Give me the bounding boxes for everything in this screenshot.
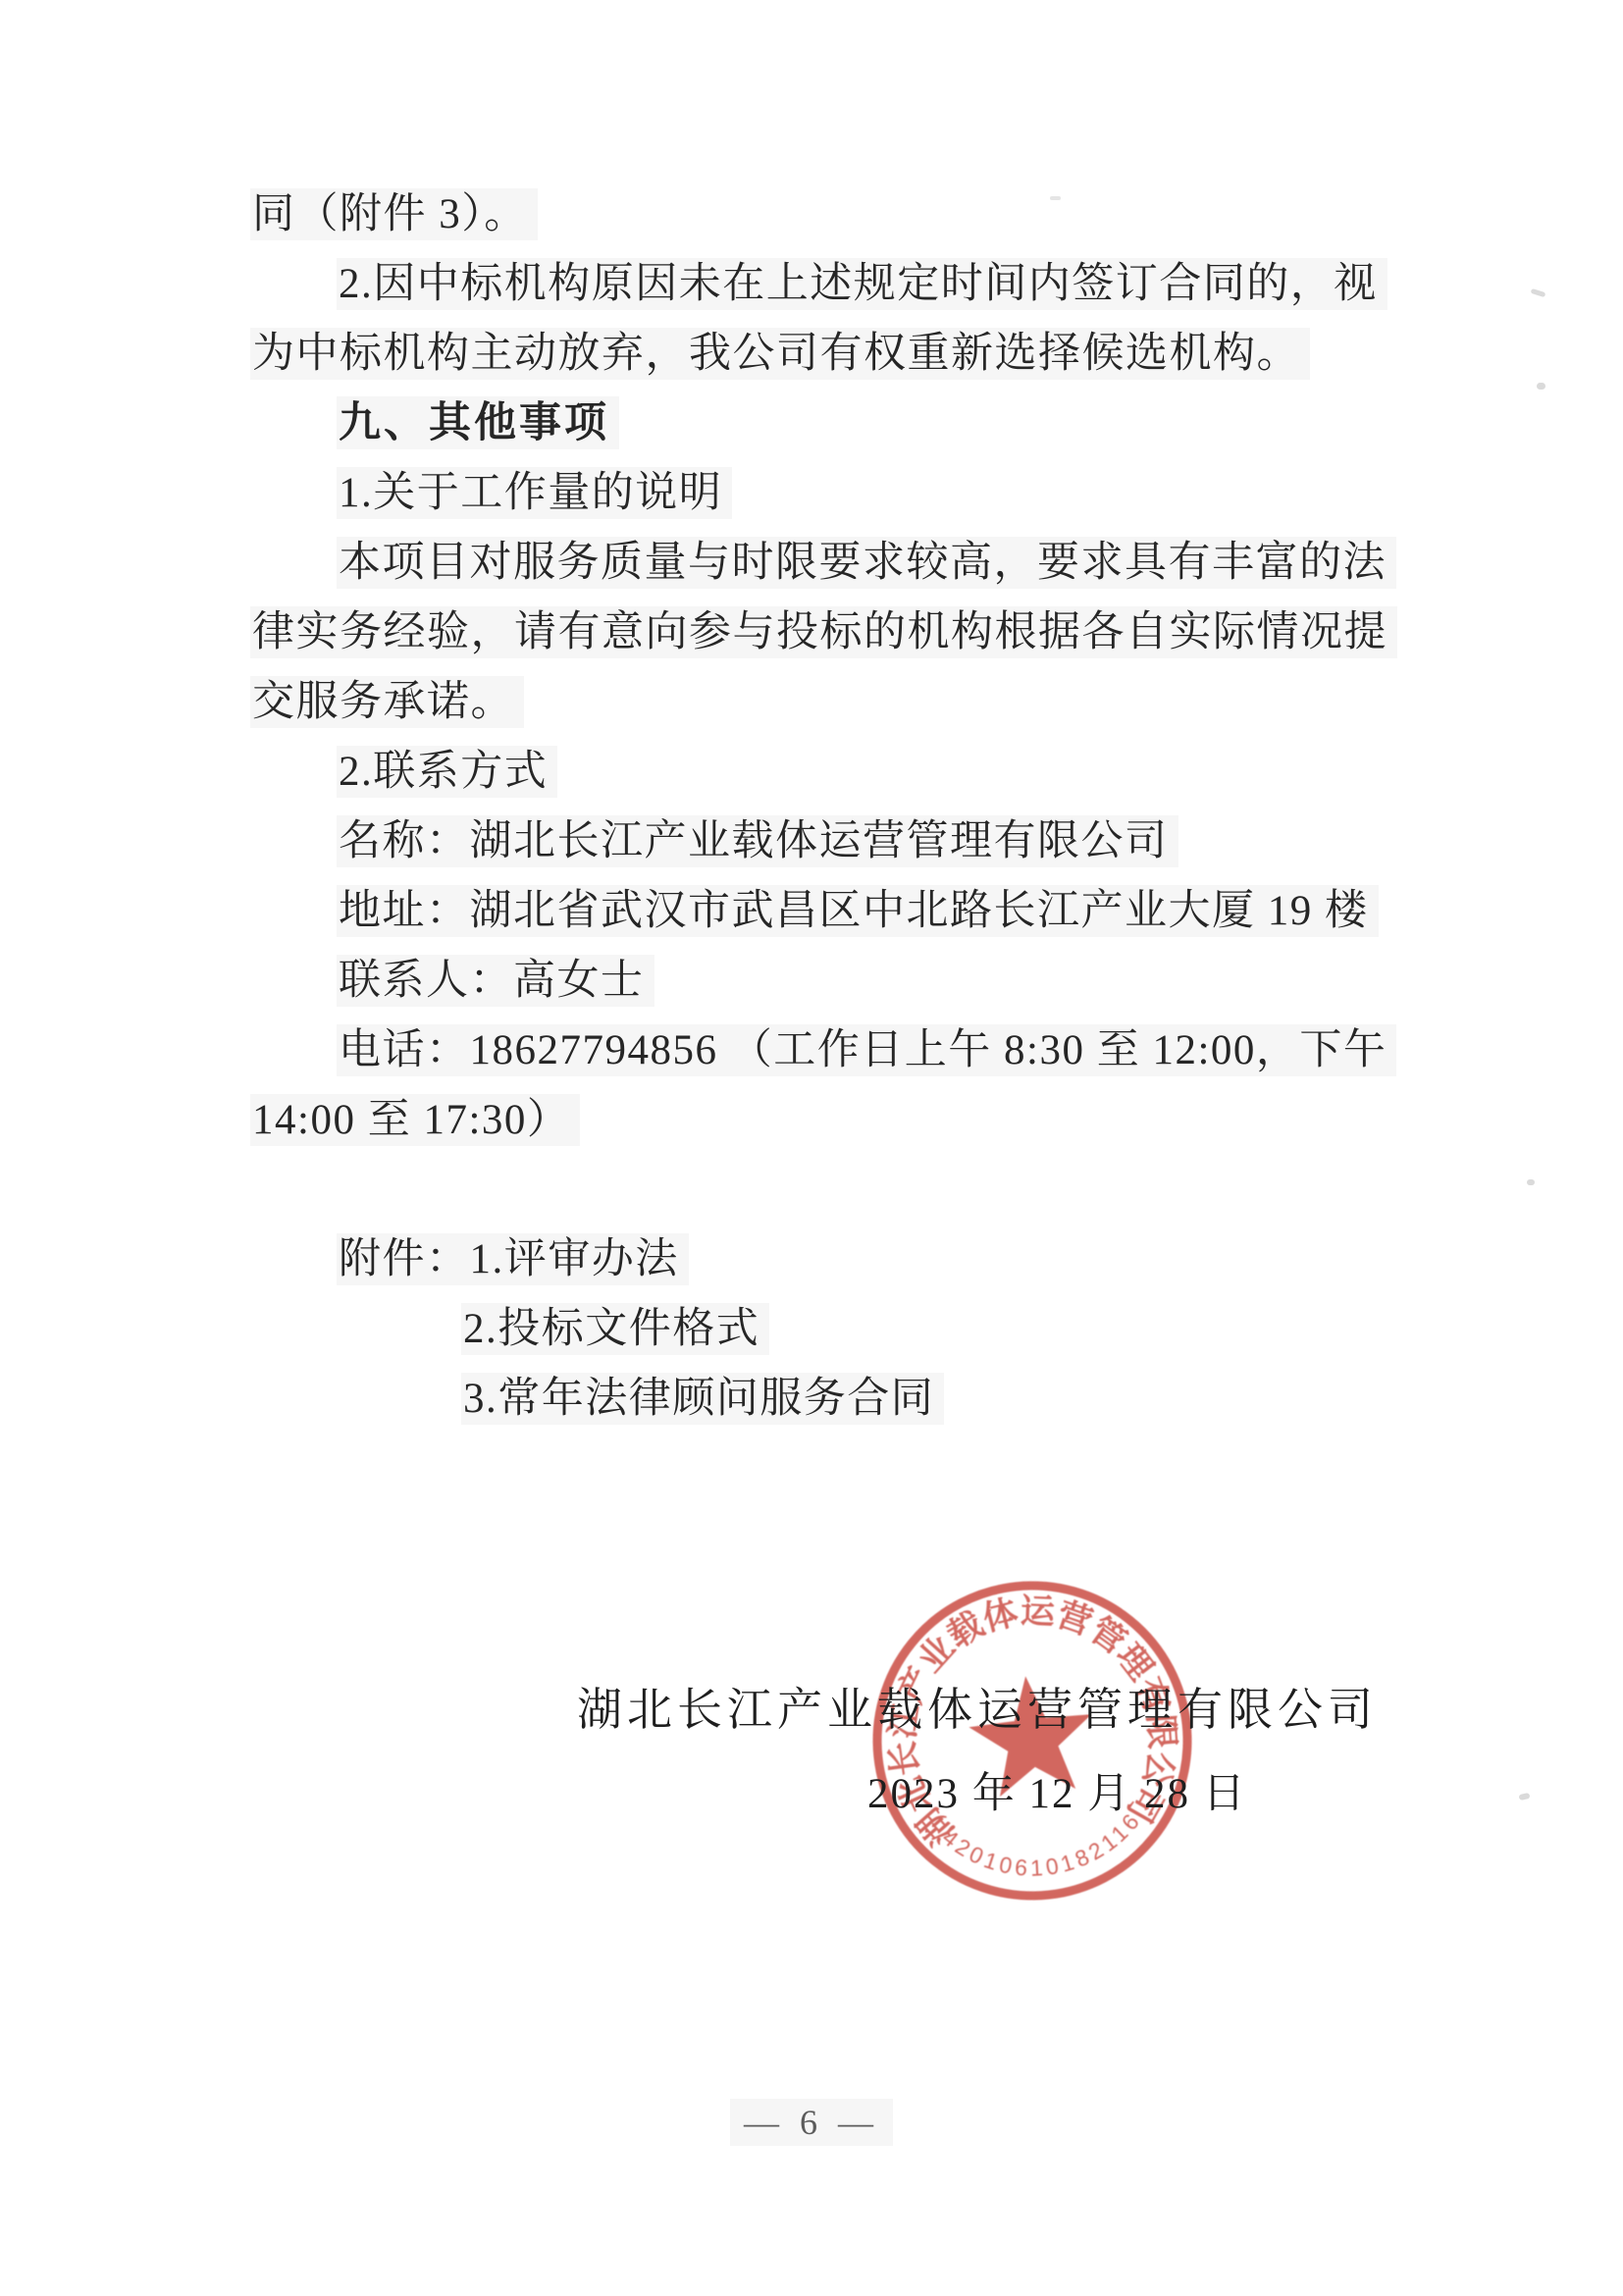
text-line: 律实务经验，请有意向参与投标的机构根据各自实际情况提	[250, 598, 1438, 667]
line-text: 1.关于工作量的说明	[337, 467, 732, 519]
signature-date-text: 2023 年 12 月 28 日	[867, 1771, 1247, 1817]
line-text: 3.常年法律顾问服务合同	[461, 1373, 944, 1425]
line-text: 2.投标文件格式	[461, 1303, 769, 1355]
line-text: 2.联系方式	[337, 746, 557, 798]
text-line: 2.投标文件格式	[250, 1294, 1438, 1364]
page-number: — 6 —	[0, 2102, 1623, 2143]
text-line: 2.联系方式	[250, 737, 1438, 807]
document-lines: 同（附件 3）。2.因中标机构原因未在上述规定时间内签订合同的，视为中标机构主动…	[250, 180, 1438, 1434]
text-line: 名称：湖北长江产业载体运营管理有限公司	[250, 807, 1438, 876]
line-text: 九、其他事项	[337, 396, 619, 449]
signature-company: 湖北长江产业载体运营管理有限公司	[577, 1674, 1378, 1739]
line-text: 同（附件 3）。	[250, 188, 538, 240]
company-seal: 湖北长江产业载体运营管理有限公司 42010610182116	[806, 1514, 1259, 1967]
text-line: 1.关于工作量的说明	[250, 458, 1438, 528]
scan-artifact	[1518, 1793, 1530, 1800]
scan-artifact	[1537, 383, 1545, 390]
page-number-text: — 6 —	[730, 2099, 893, 2146]
text-line: 14:00 至 17:30）	[250, 1085, 1438, 1155]
line-text: 名称：湖北长江产业载体运营管理有限公司	[337, 815, 1178, 867]
text-line: 本项目对服务质量与时限要求较高，要求具有丰富的法	[250, 528, 1438, 598]
text-line: 同（附件 3）。	[250, 180, 1438, 249]
line-text: 电话：18627794856 （工作日上午 8:30 至 12:00，下午	[337, 1024, 1396, 1076]
signature-date: 2023 年 12 月 28 日	[867, 1760, 1247, 1820]
text-line: 电话：18627794856 （工作日上午 8:30 至 12:00，下午	[250, 1016, 1438, 1085]
line-text: 14:00 至 17:30）	[250, 1094, 580, 1146]
scan-artifact	[1531, 288, 1546, 297]
signature-company-text: 湖北长江产业载体运营管理有限公司	[577, 1685, 1378, 1735]
text-line: 为中标机构主动放弃，我公司有权重新选择候选机构。	[250, 319, 1438, 389]
text-line: 附件：1.评审办法	[250, 1225, 1438, 1294]
line-text: 为中标机构主动放弃，我公司有权重新选择候选机构。	[250, 328, 1310, 380]
document-page: 湖北长江产业载体运营管理有限公司 42010610182116 同（附件 3）。…	[0, 0, 1623, 2296]
line-text: 交服务承诺。	[250, 676, 524, 728]
line-text: 附件：1.评审办法	[337, 1233, 689, 1285]
line-text: 律实务经验，请有意向参与投标的机构根据各自实际情况提	[250, 606, 1397, 658]
text-line: 2.因中标机构原因未在上述规定时间内签订合同的，视	[250, 249, 1438, 319]
section-heading: 九、其他事项	[250, 389, 1438, 458]
scan-artifact	[1527, 1179, 1535, 1185]
line-text: 本项目对服务质量与时限要求较高，要求具有丰富的法	[337, 537, 1396, 589]
line-text: 地址：湖北省武汉市武昌区中北路长江产业大厦 19 楼	[337, 885, 1379, 937]
line-text: 2.因中标机构原因未在上述规定时间内签订合同的，视	[337, 258, 1387, 310]
line-text: 联系人：高女士	[337, 955, 654, 1007]
text-line: 联系人：高女士	[250, 946, 1438, 1016]
blank-line	[250, 1155, 1438, 1225]
text-line: 地址：湖北省武汉市武昌区中北路长江产业大厦 19 楼	[250, 876, 1438, 946]
text-line: 交服务承诺。	[250, 667, 1438, 737]
text-line: 3.常年法律顾问服务合同	[250, 1364, 1438, 1434]
